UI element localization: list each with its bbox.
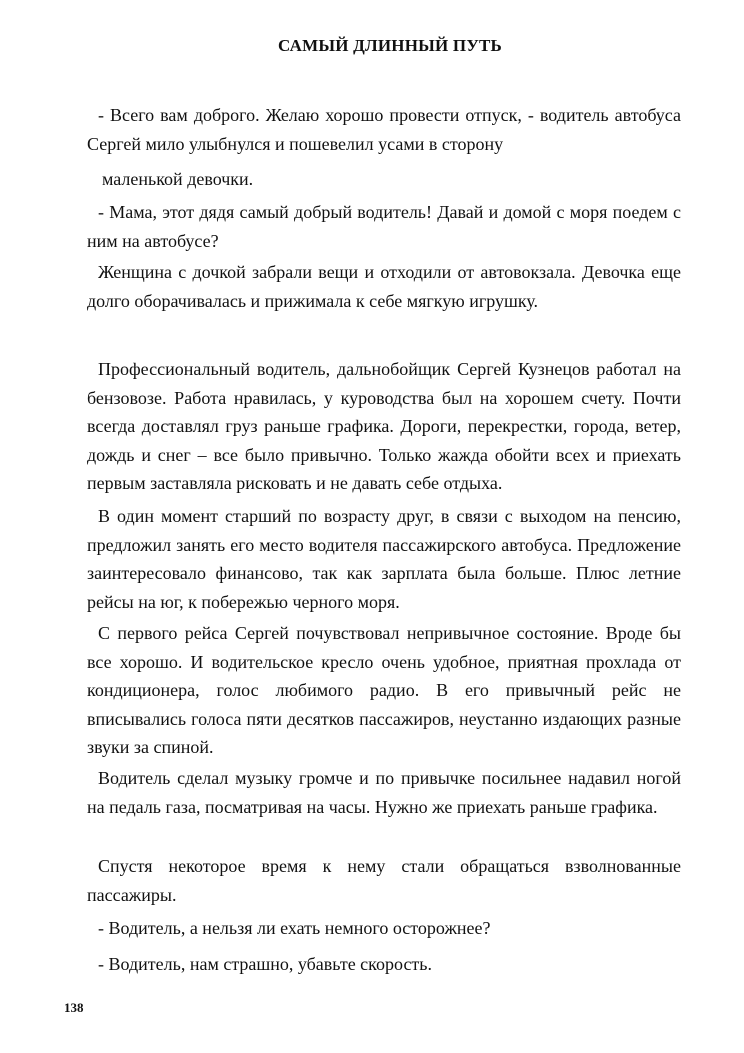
paragraph-6: В один момент старший по возрасту друг, … — [87, 502, 681, 616]
paragraph-5: Профессиональный водитель, дальнобойщик … — [87, 355, 681, 498]
paragraph-9: Спустя некоторое время к нему стали обра… — [87, 852, 681, 909]
paragraph-3: - Мама, этот дядя самый добрый водитель!… — [87, 198, 681, 255]
paragraph-10: - Водитель, а нельзя ли ехать немного ос… — [87, 914, 681, 943]
paragraph-7: С первого рейса Сергей почувствовал непр… — [87, 619, 681, 762]
paragraph-1: - Всего вам доброго. Желаю хорошо провес… — [87, 101, 681, 158]
paragraph-8: Водитель сделал музыку громче и по привы… — [87, 764, 681, 821]
paragraph-4: Женщина с дочкой забрали вещи и отходили… — [87, 258, 681, 315]
paragraph-2: маленькой девочки. — [102, 165, 696, 194]
paragraph-11: - Водитель, нам страшно, убавьте скорост… — [87, 950, 681, 979]
page-number: 138 — [64, 1000, 84, 1016]
page-title: САМЫЙ ДЛИННЫЙ ПУТЬ — [0, 36, 744, 56]
